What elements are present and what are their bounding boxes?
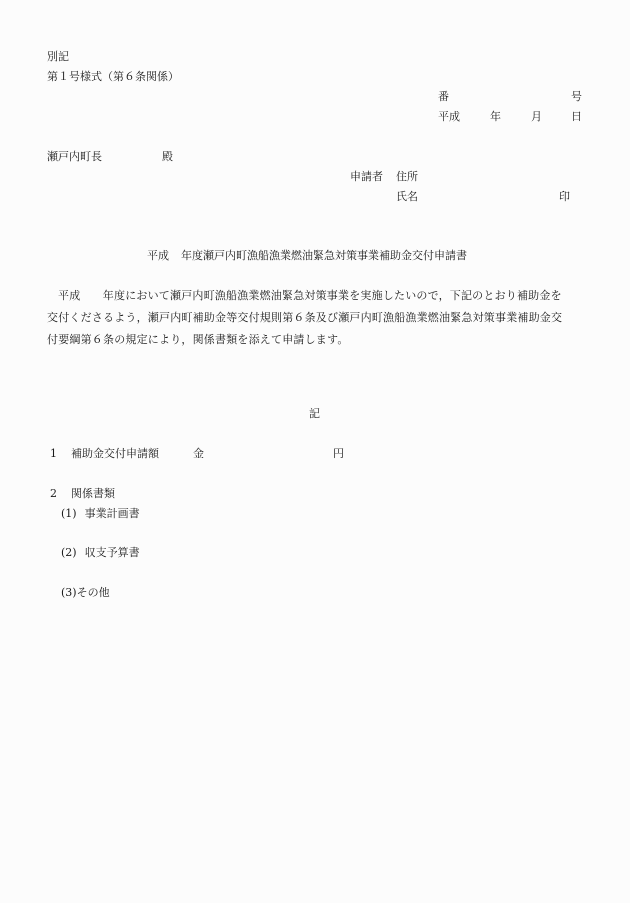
number-suffix: 号 — [571, 90, 582, 104]
body-line: 付要綱第６条の規定により，関係書類を添えて申請します。 — [47, 329, 587, 351]
form-label: 第１号様式（第６条関係） — [47, 70, 179, 84]
subitem-label: 事業計画書 — [85, 507, 140, 520]
subitem: (2)収支予算書 — [61, 546, 140, 560]
item-1-number: 1 — [50, 447, 57, 461]
item-2-number: 2 — [50, 487, 57, 501]
amount-unit: 円 — [333, 447, 344, 461]
seal-label: 印 — [559, 190, 570, 204]
body-paragraph: 平成 年度において瀬戸内町漁船漁業燃油緊急対策事業を実施したいので，下記のとおり… — [47, 285, 587, 351]
annex-label: 別記 — [47, 50, 69, 64]
subitem: (1)事業計画書 — [61, 507, 140, 521]
subitem-marker: (2) — [61, 546, 77, 559]
amount-prefix: 金 — [193, 447, 204, 461]
subitem-marker: (3) — [61, 586, 77, 599]
address-label: 住所 — [396, 170, 418, 184]
notation-heading: 記 — [309, 407, 320, 421]
date-month-label: 月 — [531, 110, 542, 124]
date-year-label: 年 — [490, 110, 501, 124]
body-line: 平成 年度において瀬戸内町漁船漁業燃油緊急対策事業を実施したいので，下記のとおり… — [47, 285, 587, 307]
title-era: 平成 — [147, 249, 169, 262]
date-day-label: 日 — [571, 110, 582, 124]
addressee-name: 瀬戸内町長 — [47, 150, 102, 164]
subitem-label: その他 — [77, 586, 110, 599]
subitem-label: 収支予算書 — [85, 546, 140, 559]
subitem: (3)その他 — [61, 586, 110, 600]
subitem-marker: (1) — [61, 507, 77, 520]
name-label: 氏名 — [396, 190, 418, 204]
addressee-honorific: 殿 — [162, 150, 173, 164]
item-2-label: 関係書類 — [71, 487, 115, 501]
item-1-label: 補助金交付申請額 — [71, 447, 159, 461]
body-line: 交付くださるよう，瀬戸内町補助金等交付規則第６条及び瀬戸内町漁船漁業燃油緊急対策… — [47, 307, 587, 329]
document-title: 平成年度瀬戸内町漁船漁業燃油緊急対策事業補助金交付申請書 — [147, 249, 467, 263]
date-era: 平成 — [438, 110, 460, 124]
title-text: 年度瀬戸内町漁船漁業燃油緊急対策事業補助金交付申請書 — [181, 249, 467, 262]
applicant-label: 申請者 — [350, 170, 383, 184]
number-label: 番 — [438, 90, 449, 104]
